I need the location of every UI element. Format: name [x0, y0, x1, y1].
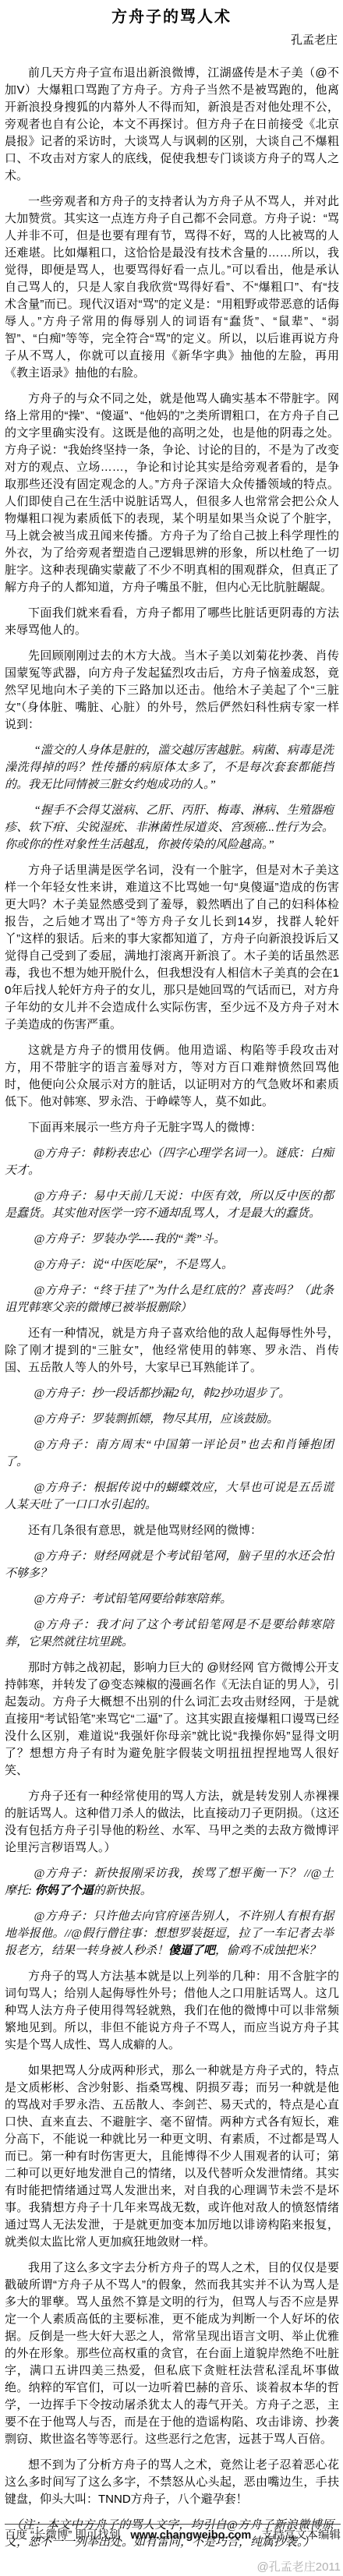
weibo-quote: @方舟子：财经网就是个考试铅笔网，脑子里的水还会怕不够多？ [5, 1548, 334, 1582]
article-author: 孔孟老庄 [0, 32, 338, 49]
weibo-quote: @方舟子：考试铅笔网要给韩寒陪葬。 [5, 1591, 334, 1608]
article-paragraph: 想不到为了分析方舟子的骂人之术，竟然让老子忍着恶心花这么多时间写了这么多字，不禁… [5, 2457, 339, 2508]
article-paragraph: 方舟子话里满是医学名词，没有一个脏字，但是对木子美这样一个年轻女性来讲，难道这不… [5, 862, 339, 1034]
weibo-quote: @方舟子：我才问了这个考试铅笔网是不是要给韩寒陪葬，它果然就往坑里跳。 [5, 1617, 334, 1651]
weibo-quote: @方舟子：只许他去向官府诬告别人，不许别人有根有据地举报他。//@假行僧往事：想… [5, 1908, 334, 1959]
article-paragraph: 方舟子的骂人方法基本就是以上列举的几种：用不含脏字的词句骂人；给别人起侮辱性外号… [5, 1968, 339, 2054]
weibo-quote: @方舟子：说“中医吃屎”，不是骂人。 [5, 1256, 334, 1274]
article-paragraph: 方舟子的与众不同之处，就是他骂人确实基本不带脏字。网络上常用的“操”、“傻逼”、… [5, 390, 339, 596]
article-paragraph: 那时方韩之战初起，影响力巨大的 @财经网 官方微博公开支持韩寒，并转发了@变态辣… [5, 1659, 339, 1779]
article-paragraph: 还有一种情况，就是方舟子喜欢给他的敌人起侮辱性外号，除了刚才提到的“三脏女”，他… [5, 1325, 339, 1376]
article-paragraph: 方舟子还有一种经常使用的骂人方法，就是转发别人赤裸裸的脏话骂人。这种借刀杀人的做… [5, 1788, 339, 1857]
weibo-quote: @方舟子：韩粉表忠心（四字心理学名词一）。谜底：白痴天才。 [5, 1145, 334, 1179]
article-page: 方舟子的骂人术 孔孟老庄 前几天方舟子宣布退出新浪微博，江湖盛传是木子美（@不加… [0, 0, 343, 2576]
article-paragraph: 下面再来展示一些方舟子无脏字骂人的微博： [5, 1119, 339, 1136]
footer-baidu-hint: 百度 “长微博” 即可找到 [5, 2528, 120, 2542]
weibo-quote: @方舟子：易中天前几天说：中医有效，所以反中医的都是蠢货。其实他对医学一窍不通却… [5, 1188, 334, 1222]
weibo-quote: @方舟子：南方周末“中国第一评论员”也去和肖锤抱团了。 [5, 1436, 334, 1471]
weibo-quote: @方舟子：“终于挂了”为什么是红底的？喜丧吗？（此条诅咒韩寒父亲的微博已被举报删… [5, 1282, 334, 1316]
article-body: 前几天方舟子宣布退出新浪微博，江湖盛传是木子美（@不加V）大爆粗口骂跑了方舟子。… [0, 65, 343, 2551]
author-watermark: @孔孟老庄2011 [257, 2558, 341, 2574]
quote-bold-text: 你妈了个逼 [35, 1885, 94, 1897]
weibo-quote: @方舟子：抄一段话都抄漏2句，韩2抄功退步了。 [5, 1385, 334, 1402]
quote-text: 的新快报。 [94, 1885, 152, 1897]
article-title: 方舟子的骂人术 [0, 0, 343, 27]
article-paragraph: 还有几条很有意思，就是他骂财经网的微博： [5, 1522, 339, 1539]
article-paragraph: 下面我们就来看看，方舟子都用了哪些比脏话更阴毒的方法来辱骂他人的。 [5, 605, 339, 639]
article-paragraph: 先回顾刚刚过去的木方大战。当木子美以刘菊花抄袭、肖传国蒙冤等武器，向方舟子发起猛… [5, 648, 339, 733]
quote-text: ，偷鸡不成蚀把米？ [215, 1945, 320, 1957]
weibo-quote: @方舟子：新快报刚采访我，挨骂了想平衡一下？ //@土摩托: 你妈了个逼的新快报… [5, 1865, 334, 1899]
footer-editor-hint: 支持富文本编辑 [262, 2528, 341, 2542]
article-paragraph: 一些旁观者和方舟子的支持者认为方舟子从不骂人，并对此大加赞赏。其实这一点连方舟子… [5, 193, 339, 382]
article-paragraph: 我用了这么多文字去分析方舟子的骂人之术，目的仅仅是要戳破所谓“方舟子从不骂人”的… [5, 2260, 339, 2448]
weibo-quote: “握手不会得艾滋病、乙肝、丙肝、梅毒、淋病、生殖器疱疹、软下疳、尖锐湿疣、非淋菌… [5, 802, 334, 853]
article-paragraph: 这就是方舟子的惯用伎俩。他用造谣、构陷等手段攻击对方，用不带脏字的语言羞辱对方，… [5, 1042, 339, 1111]
footer-url: www.changweibo.com [130, 2528, 251, 2542]
article-paragraph: 前几天方舟子宣布退出新浪微博，江湖盛传是木子美（@不加V）大爆粗口骂跑了方舟子。… [5, 65, 339, 185]
weibo-quote: @方舟子：罗装办学----我的“粪”斗。 [5, 1231, 334, 1248]
weibo-quote: @方舟子：罗装剽抓嫖，物尽其用，应该鼓励。 [5, 1411, 334, 1428]
weibo-quote: “滥交的人身体是脏的，滥交越厉害越脏。病菌、病毒是洗澡洗得掉的吗？性传播的病原体… [5, 742, 334, 793]
quote-bold-text: 傻逼了吧 [168, 1945, 215, 1957]
article-paragraph: 如果把骂人分成两种形式，那么一种就是方舟子式的，特点是文质彬彬、含沙射影、指桑骂… [5, 2062, 339, 2251]
footer-bar: 百度 “长微博” 即可找到 www.changweibo.com 支持富文本编辑 [5, 2524, 341, 2542]
weibo-quote: @方舟子：根据传说中的蝴蝶效应，大旱也可说是五岳谎人某天吐了一口口水引起的。 [5, 1479, 334, 1514]
